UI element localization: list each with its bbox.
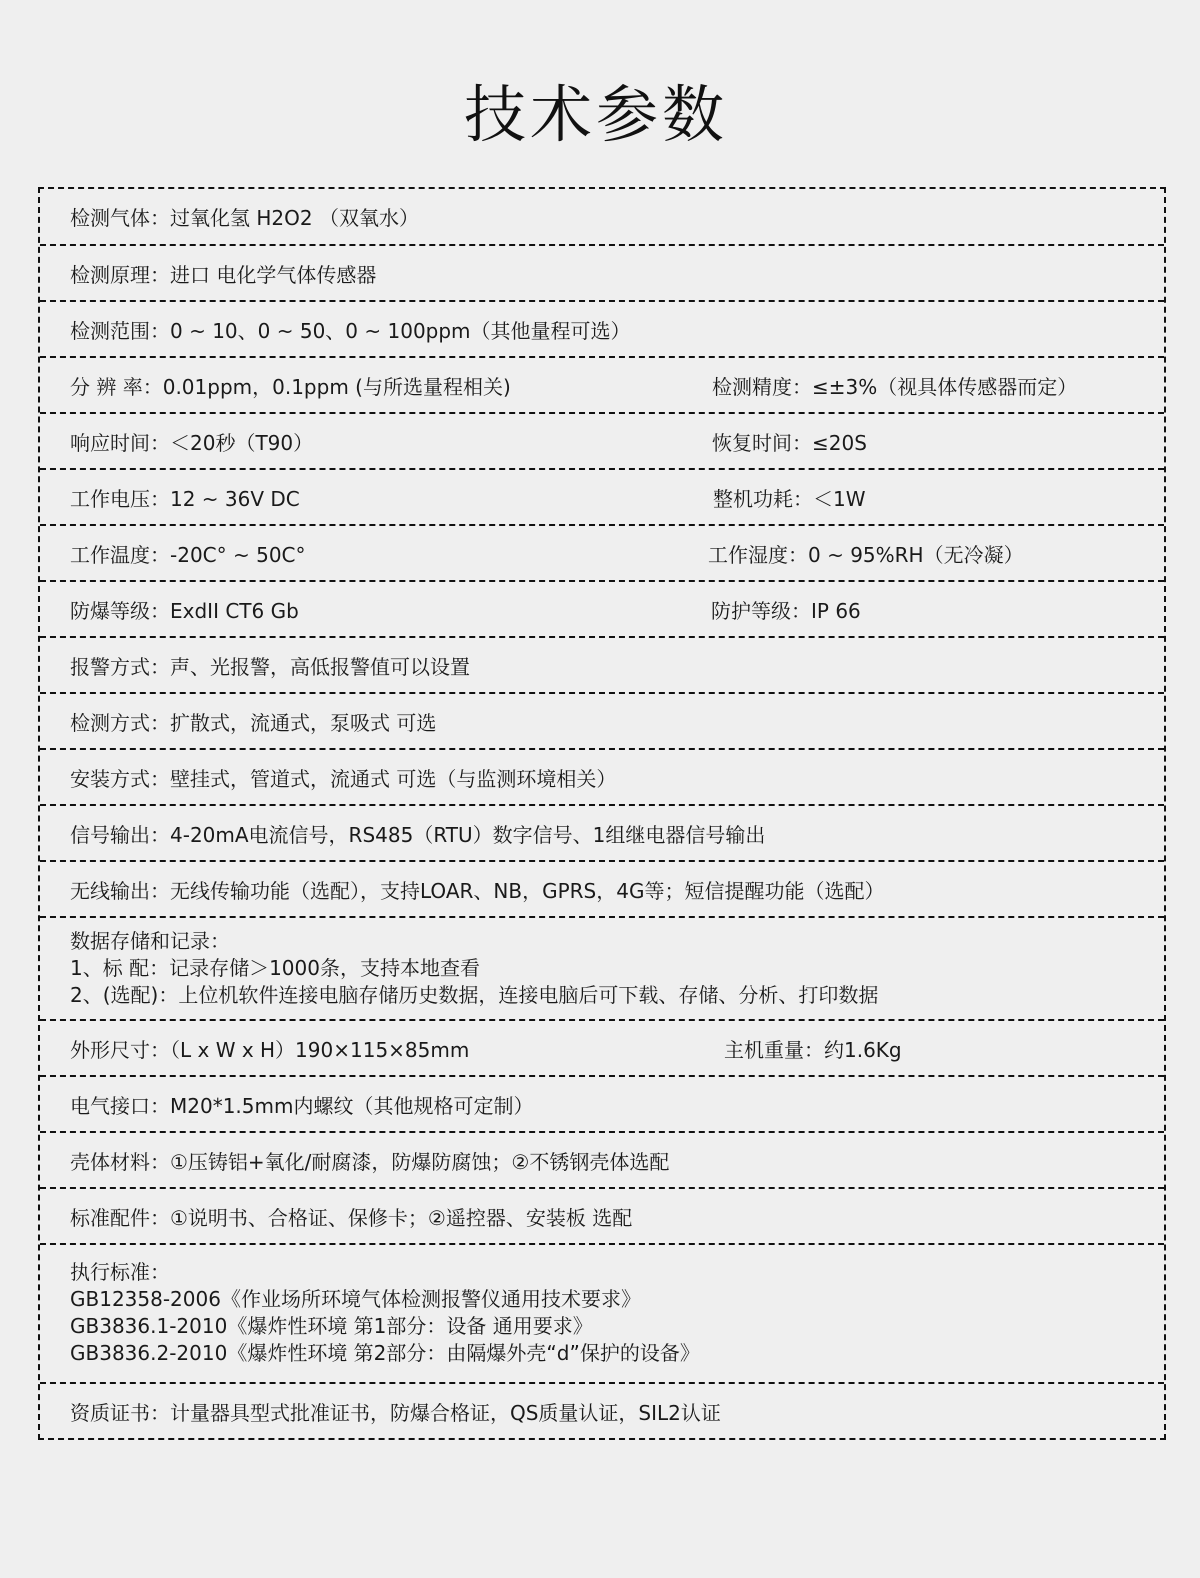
- spec-row-alarm: 报警方式：声、光报警，高低报警值可以设置: [40, 636, 1164, 692]
- spec-accuracy: 检测精度：≤±3%（视具体传感器而定）: [712, 358, 1077, 412]
- spec-row-detection-mode: 检测方式：扩散式，流通式，泵吸式 可选: [40, 692, 1164, 748]
- spec-certificates: 资质证书：计量器具型式批准证书，防爆合格证，QS质量认证，SIL2认证: [70, 1397, 721, 1426]
- spec-row-installation: 安装方式：壁挂式，管道式，流通式 可选（与监测环境相关）: [40, 748, 1164, 804]
- spec-row-housing: 壳体材料：①压铸铝+氧化/耐腐漆，防爆防腐蚀；②不锈钢壳体选配: [40, 1131, 1164, 1187]
- spec-storage-line-1: 1、标 配：记录存储＞1000条，支持本地查看: [70, 955, 1164, 982]
- spec-table: 检测气体：过氧化氢 H2O2 （双氧水） 检测原理：进口 电化学气体传感器 检测…: [38, 187, 1166, 1440]
- spec-dimensions: 外形尺寸：（L x W x H）190×115×85mm: [70, 1034, 469, 1063]
- spec-weight: 主机重量：约1.6Kg: [724, 1021, 902, 1075]
- spec-row-accessories: 标准配件：①说明书、合格证、保修卡；②遥控器、安装板 选配: [40, 1187, 1164, 1243]
- spec-row-principle: 检测原理：进口 电化学气体传感器: [40, 244, 1164, 300]
- spec-interface: 电气接口：M20*1.5mm内螺纹（其他规格可定制）: [70, 1090, 533, 1119]
- spec-resolution: 分 辨 率：0.01ppm，0.1ppm (与所选量程相关): [70, 371, 511, 400]
- spec-standard-3: GB3836.2-2010《爆炸性环境 第2部分：由隔爆外壳“d”保护的设备》: [70, 1340, 1164, 1367]
- spec-row-standards: 执行标准： GB12358-2006《作业场所环境气体检测报警仪通用技术要求》 …: [40, 1243, 1164, 1382]
- spec-row-range: 检测范围：0 ~ 10、0 ~ 50、0 ~ 100ppm（其他量程可选）: [40, 300, 1164, 356]
- spec-row-dimensions-weight: 外形尺寸：（L x W x H）190×115×85mm 主机重量：约1.6Kg: [40, 1019, 1164, 1075]
- spec-principle: 检测原理：进口 电化学气体传感器: [70, 259, 376, 288]
- spec-wireless-output: 无线输出：无线传输功能（选配），支持LOAR、NB，GPRS，4G等；短信提醒功…: [70, 875, 884, 904]
- spec-power: 整机功耗：＜1W: [713, 470, 866, 524]
- spec-row-explosion-protection: 防爆等级：ExdII CT6 Gb 防护等级：IP 66: [40, 580, 1164, 636]
- spec-protection-grade: 防护等级：IP 66: [711, 582, 861, 636]
- spec-row-storage: 数据存储和记录： 1、标 配：记录存储＞1000条，支持本地查看 2、(选配)：…: [40, 916, 1164, 1019]
- spec-response-time: 响应时间：＜20秒（T90）: [70, 427, 313, 456]
- spec-row-voltage-power: 工作电压：12 ~ 36V DC 整机功耗：＜1W: [40, 468, 1164, 524]
- spec-storage-heading: 数据存储和记录：: [70, 928, 1164, 955]
- spec-installation: 安装方式：壁挂式，管道式，流通式 可选（与监测环境相关）: [70, 763, 616, 792]
- spec-voltage: 工作电压：12 ~ 36V DC: [70, 483, 300, 512]
- spec-row-interface: 电气接口：M20*1.5mm内螺纹（其他规格可定制）: [40, 1075, 1164, 1131]
- spec-temperature: 工作温度：-20C° ~ 50C°: [70, 539, 306, 568]
- spec-standard-2: GB3836.1-2010《爆炸性环境 第1部分：设备 通用要求》: [70, 1313, 1164, 1340]
- spec-row-wireless-output: 无线输出：无线传输功能（选配），支持LOAR、NB，GPRS，4G等；短信提醒功…: [40, 860, 1164, 916]
- spec-row-gas: 检测气体：过氧化氢 H2O2 （双氧水）: [40, 189, 1164, 244]
- spec-row-resolution-accuracy: 分 辨 率：0.01ppm，0.1ppm (与所选量程相关) 检测精度：≤±3%…: [40, 356, 1164, 412]
- spec-explosion-grade: 防爆等级：ExdII CT6 Gb: [70, 595, 299, 624]
- spec-row-certificates: 资质证书：计量器具型式批准证书，防爆合格证，QS质量认证，SIL2认证: [40, 1382, 1164, 1438]
- spec-row-temperature-humidity: 工作温度：-20C° ~ 50C° 工作湿度：0 ~ 95%RH（无冷凝）: [40, 524, 1164, 580]
- spec-standard-1: GB12358-2006《作业场所环境气体检测报警仪通用技术要求》: [70, 1286, 1164, 1313]
- spec-alarm: 报警方式：声、光报警，高低报警值可以设置: [70, 651, 470, 680]
- page-title: 技术参数: [0, 72, 1192, 158]
- spec-row-signal-output: 信号输出：4-20mA电流信号，RS485（RTU）数字信号、1组继电器信号输出: [40, 804, 1164, 860]
- spec-standards-heading: 执行标准：: [70, 1259, 1164, 1286]
- spec-humidity: 工作湿度：0 ~ 95%RH（无冷凝）: [708, 526, 1024, 580]
- spec-signal-output: 信号输出：4-20mA电流信号，RS485（RTU）数字信号、1组继电器信号输出: [70, 819, 765, 848]
- spec-recovery-time: 恢复时间：≤20S: [712, 414, 867, 468]
- spec-range: 检测范围：0 ~ 10、0 ~ 50、0 ~ 100ppm（其他量程可选）: [70, 315, 631, 344]
- spec-detection-mode: 检测方式：扩散式，流通式，泵吸式 可选: [70, 707, 436, 736]
- spec-storage-line-2: 2、(选配)：上位机软件连接电脑存储历史数据，连接电脑后可下载、存储、分析、打印…: [70, 982, 1164, 1009]
- spec-gas: 检测气体：过氧化氢 H2O2 （双氧水）: [70, 202, 419, 231]
- spec-accessories: 标准配件：①说明书、合格证、保修卡；②遥控器、安装板 选配: [70, 1202, 632, 1231]
- spec-row-response-recovery: 响应时间：＜20秒（T90） 恢复时间：≤20S: [40, 412, 1164, 468]
- spec-housing: 壳体材料：①压铸铝+氧化/耐腐漆，防爆防腐蚀；②不锈钢壳体选配: [70, 1146, 669, 1175]
